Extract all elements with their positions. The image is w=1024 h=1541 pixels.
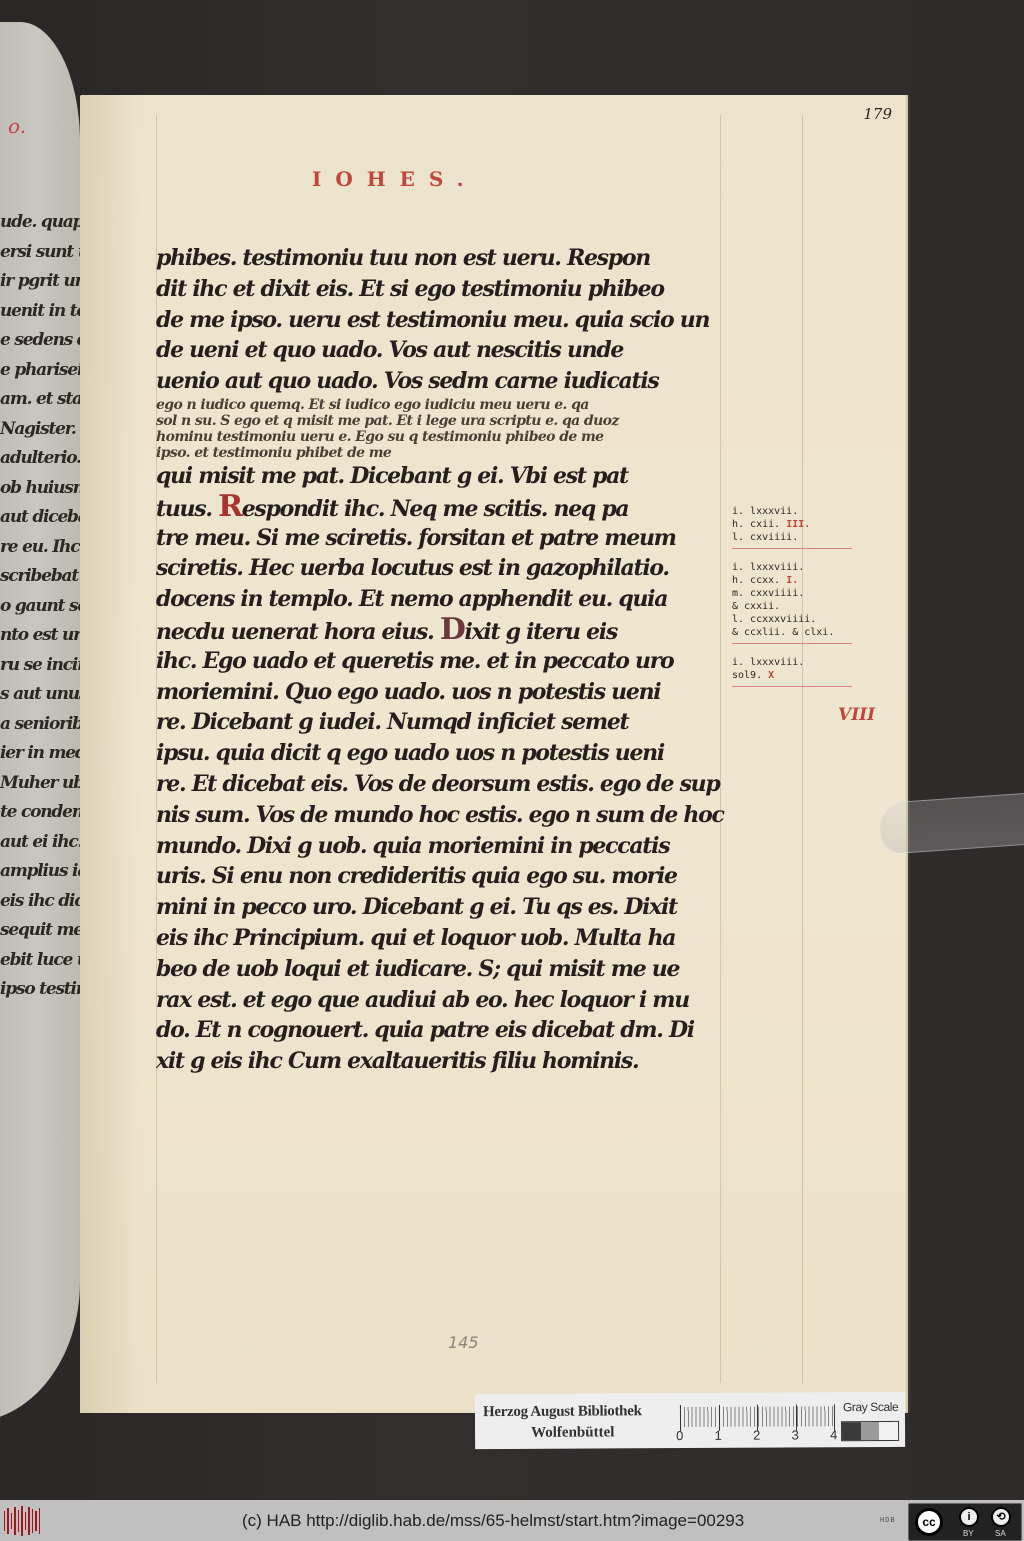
text-line: phibes. testimoniu tuu non est ueru. Res…	[156, 243, 716, 274]
left-page-line: nto est ursm. pmu	[0, 625, 80, 655]
left-page-line: amplius iam noli	[0, 861, 80, 891]
by-label: BY	[963, 1529, 974, 1538]
marginal-line: i. lxxxviii.	[732, 656, 852, 669]
marginal-line: i. lxxxvii.	[732, 505, 852, 518]
left-page-line: o gaunt se eu. erg	[0, 596, 80, 626]
color-scale-card: Herzog August Bibliothek Wolfenbüttel 01…	[475, 1392, 905, 1449]
left-page-line: ipso testimoniu	[0, 979, 80, 1009]
manuscript-viewer: o. ude. quapropersi sunt unusqir pgrit u…	[0, 0, 1024, 1500]
marginal-text: i. lxxxviii.	[732, 657, 804, 668]
marginal-line: l. ccxxxviiii.	[732, 613, 852, 626]
text-line: re. Et dicebat eis. Vos de deorsum estis…	[156, 769, 716, 800]
attribution-icon: i	[959, 1507, 979, 1527]
left-page-text: ude. quapropersi sunt unusqir pgrit unno…	[0, 212, 80, 1009]
text-line: moriemini. Quo ego uado. uos n potestis …	[156, 677, 716, 708]
decorated-initial: D	[440, 612, 465, 647]
text-fragment: ixit g iteru eis	[465, 619, 617, 645]
text-line: uris. Si enu non credideritis quia ego s…	[156, 861, 716, 892]
left-page-line: aut dicebant ter	[0, 507, 80, 537]
left-page-line: ob huiusmodi la	[0, 478, 80, 508]
page-clip	[880, 793, 1024, 855]
text-line: ihc. Ego uado et queretis me. et in pecc…	[156, 646, 716, 677]
text-line: nis sum. Vos de mundo hoc estis. ego n s…	[156, 800, 716, 831]
ruler-label: 4	[830, 1427, 837, 1442]
marginal-line: m. cxxviiii.	[732, 587, 852, 600]
text-line: de ueni et quo uado. Vos aut nescitis un…	[156, 335, 716, 366]
marginal-line: l. cxviiii.	[732, 531, 852, 544]
marginal-canon-tables: i. lxxxvii. h. cxii. III.l. cxviiii. i. …	[732, 505, 852, 699]
text-line: docens in templo. Et nemo apphendit eu. …	[156, 584, 716, 615]
ruler-label: 3	[792, 1427, 799, 1442]
marginal-rubric: III.	[786, 519, 810, 530]
left-facing-page: o. ude. quapropersi sunt unusqir pgrit u…	[0, 22, 80, 1422]
marginal-line: h. ccxx. I.	[732, 574, 852, 587]
gray-swatch	[842, 1422, 861, 1440]
marginal-text: h. ccxx.	[732, 575, 786, 586]
text-line: ipsu. quia dicit q ego uado uos n potest…	[156, 738, 716, 769]
gray-scale-swatches	[841, 1421, 899, 1441]
marginal-line: sol9. X	[732, 669, 852, 682]
ruler-label: 1	[715, 1428, 722, 1443]
marginal-text: l. ccxxxviiii.	[732, 614, 816, 625]
text-line: ipso. et testimoniu phibet de me	[156, 445, 716, 461]
left-page-line: re eu. Ihc aut in	[0, 537, 80, 567]
marginal-line: i. lxxxviii.	[732, 561, 852, 574]
text-line: sol n su. S ego et q misit me pat. Et i …	[156, 413, 716, 429]
share-alike-icon: ⟲	[991, 1507, 1011, 1527]
hab-logo-icon[interactable]	[4, 1506, 40, 1536]
text-line: ego n iudico quemq. Et si iudico ego iud…	[156, 397, 716, 413]
left-page-rubric: o.	[8, 114, 26, 138]
text-line: tre meu. Si me sciretis. forsitan et pat…	[156, 523, 716, 554]
footer-bar: (c) HAB http://diglib.hab.de/mss/65-helm…	[0, 1500, 1024, 1541]
marginal-line: & cxxii.	[732, 600, 852, 613]
left-page-line: e pharisei mul	[0, 360, 80, 390]
text-line: sciretis. Hec uerba locutus est in gazop…	[156, 553, 716, 584]
ruling-line	[720, 115, 721, 1383]
gray-scale-label: Gray Scale	[843, 1400, 898, 1414]
left-page-line: ebit luce uite	[0, 950, 80, 980]
ruler-label: 0	[676, 1428, 683, 1443]
text-line: hominu testimoniu ueru e. Ego su q testi…	[156, 429, 716, 445]
left-page-line: adulterio. In leg	[0, 448, 80, 478]
left-page-line: s aut unus pol	[0, 684, 80, 714]
text-line: tuus. Respondit ihc. Neq me scitis. neq …	[156, 492, 716, 523]
left-page-line: ir pgrit unnom	[0, 271, 80, 301]
left-page-line: e sedens docebat	[0, 330, 80, 360]
left-page-line: aut ei ihc. Nec	[0, 832, 80, 862]
marginal-group: i. lxxxviii. h. ccxx. I.m. cxxviiii. & c…	[732, 561, 852, 644]
marginal-text: l. cxviiii.	[732, 532, 798, 543]
tiny-mark: HDB	[880, 1516, 896, 1524]
text-line: necdu uenerat hora eius. Dixit g iteru e…	[156, 615, 716, 646]
main-text-column: phibes. testimoniu tuu non est ueru. Res…	[156, 243, 716, 1077]
text-line: rax est. et ego que audiui ab eo. hec lo…	[156, 985, 716, 1016]
marginal-line: h. cxii. III.	[732, 518, 852, 531]
ruling-line	[802, 115, 803, 1383]
left-page-line: ersi sunt unusq	[0, 242, 80, 272]
left-page-line: ude. quaprop	[0, 212, 80, 242]
copyright-link[interactable]: (c) HAB http://diglib.hab.de/mss/65-helm…	[242, 1511, 744, 1531]
marginal-group: i. lxxxviii. sol9. X	[732, 656, 852, 687]
left-page-line: am. et statuerit	[0, 389, 80, 419]
text-line: re. Dicebant g iudei. Numqd inficiet sem…	[156, 707, 716, 738]
sa-label: SA	[995, 1529, 1006, 1538]
chapter-number: VIII	[838, 705, 875, 725]
left-page-line: sequit me non	[0, 920, 80, 950]
text-line: qui misit me pat. Dicebant g ei. Vbi est…	[156, 461, 716, 492]
marginal-line: & ccxlii. & clxi.	[732, 626, 852, 639]
text-fragment: necdu uenerat hora eius.	[156, 619, 440, 645]
marginal-group: i. lxxxvii. h. cxii. III.l. cxviiii.	[732, 505, 852, 549]
institution-city: Wolfenbüttel	[531, 1424, 614, 1441]
left-page-line: Nagister. hec mu	[0, 419, 80, 449]
text-line: mini in pecco uro. Dicebant g ei. Tu qs …	[156, 892, 716, 923]
left-page-line: a senioribus. et	[0, 714, 80, 744]
marginal-text: sol9.	[732, 670, 768, 681]
text-line: beo de uob loqui et iudicare. S; qui mis…	[156, 954, 716, 985]
text-fragment: espondit ihc. Neq me scitis. neq pa	[242, 496, 629, 522]
marginal-text: i. lxxxvii.	[732, 506, 798, 517]
left-page-line: uenit in templu	[0, 301, 80, 331]
left-page-line: scribebat unter	[0, 566, 80, 596]
marginal-text: & ccxlii. & clxi.	[732, 627, 834, 638]
decorated-initial: R	[218, 489, 242, 524]
text-line: eis ihc Principium. qui et loquor uob. M…	[156, 923, 716, 954]
left-page-line: eis ihc dicens	[0, 891, 80, 921]
folio-number: 179	[863, 105, 892, 123]
marginal-rubric: X	[768, 670, 774, 681]
marginal-text: m. cxxviiii.	[732, 588, 804, 599]
marginal-rubric: I.	[786, 575, 798, 586]
text-line: mundo. Dixi g uob. quia moriemini in pec…	[156, 831, 716, 862]
manuscript-page: 179 IOHES. phibes. testimoniu tuu non es…	[80, 95, 906, 1413]
gray-swatch	[861, 1422, 880, 1440]
left-page-line: Muher ubi s	[0, 773, 80, 803]
text-line: xit g eis ihc Cum exaltaueritis filiu ho…	[156, 1046, 716, 1077]
cc-icon: cc	[915, 1508, 943, 1536]
text-fragment: tuus.	[156, 496, 218, 522]
text-line: do. Et n cognouert. quia patre eis diceb…	[156, 1015, 716, 1046]
marginal-text: i. lxxxviii.	[732, 562, 804, 573]
running-title: IOHES.	[312, 167, 478, 191]
left-page-line: ru se incimans	[0, 655, 80, 685]
ruler-label: 2	[753, 1428, 760, 1443]
gray-swatch	[879, 1422, 898, 1440]
marginal-text: & cxxii.	[732, 601, 780, 612]
left-page-line: ier in medio sta	[0, 743, 80, 773]
marginal-text: h. cxii.	[732, 519, 786, 530]
institution-name: Herzog August Bibliothek	[483, 1403, 642, 1421]
text-line: dit ihc et dixit eis. Et si ego testimon…	[156, 274, 716, 305]
text-line: uenio aut quo uado. Vos sedm carne iudic…	[156, 366, 716, 397]
left-page-line: te condempnauit	[0, 802, 80, 832]
cc-license-badge[interactable]: cc i ⟲ BY SA	[908, 1503, 1022, 1541]
pencil-page-number: 145	[448, 1333, 479, 1352]
text-line: de me ipso. ueru est testimoniu meu. qui…	[156, 305, 716, 336]
